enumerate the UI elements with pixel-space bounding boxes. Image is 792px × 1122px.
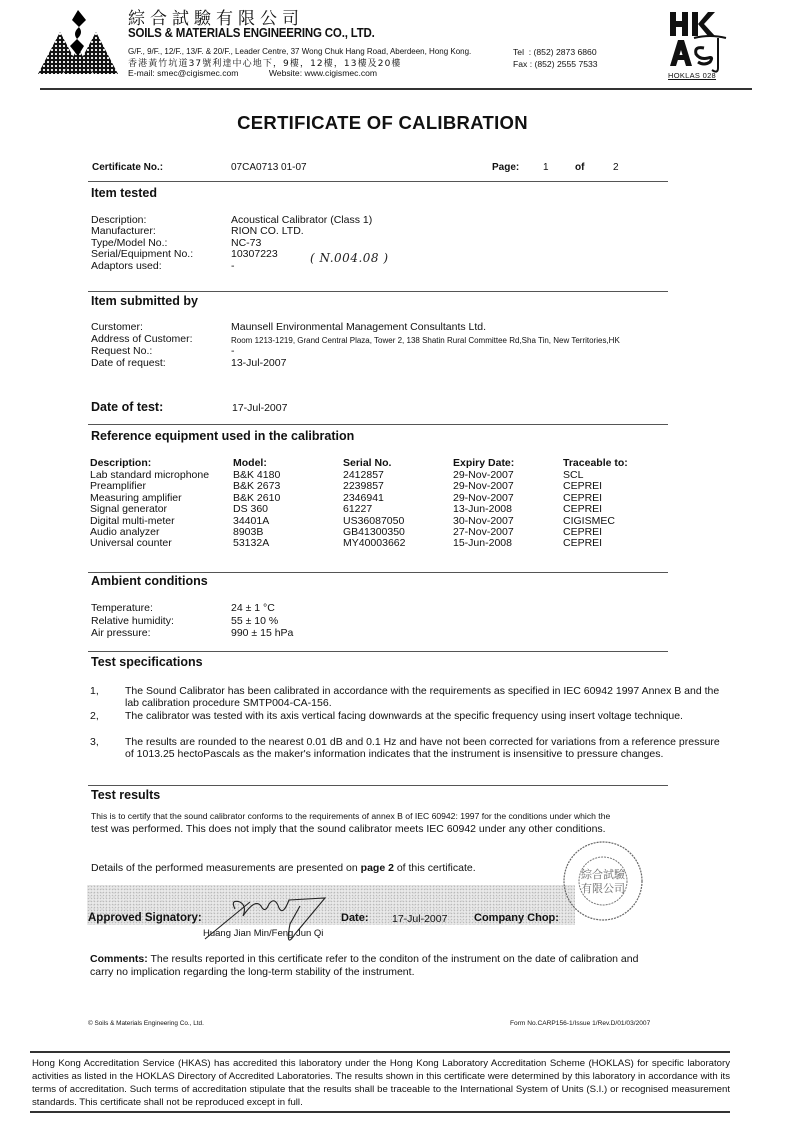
item-tested-heading: Item tested	[91, 186, 157, 200]
test-specifications-heading: Test specifications	[91, 655, 203, 669]
date-of-test-label: Date of test:	[91, 400, 163, 414]
ambient-fields: Temperature:24 ± 1 °C Relative humidity:…	[91, 603, 491, 643]
table-cell: Signal generator	[90, 504, 233, 515]
details-statement: Details of the performed measurements ar…	[91, 862, 476, 874]
comments: Comments: The results reported in this c…	[90, 953, 638, 965]
divider	[88, 572, 668, 573]
table-cell: 53132A	[233, 538, 343, 549]
field-value: -	[231, 346, 235, 357]
field-label: Relative humidity:	[91, 616, 174, 627]
total-pages: 2	[613, 162, 619, 173]
table-row: Universal counter53132AMY4000366215-Jun-…	[90, 538, 663, 549]
hoklas-number: HOKLAS 028	[668, 71, 716, 80]
svg-text:綜合試驗: 綜合試驗	[581, 867, 626, 881]
comments-text-2: carry no implication regarding the long-…	[90, 966, 414, 978]
table-cell: DS 360	[233, 504, 343, 515]
company-contact: E-mail: smec@cigismec.com Website: www.c…	[128, 68, 405, 78]
approval-date: 17-Jul-2007	[392, 913, 447, 925]
footer-divider-bottom	[30, 1111, 730, 1113]
divider	[88, 651, 668, 652]
field-value: 13-Jul-2007	[231, 358, 286, 369]
phone-fax-block: Tel : (852) 2873 6860Fax : (852) 2555 75…	[513, 46, 598, 70]
table-cell: 61227	[343, 504, 453, 515]
item-submitted-fields: Curstomer:Maunsell Environmental Managem…	[91, 322, 691, 372]
spec-number: 1,	[90, 685, 99, 697]
field-label: Address of Customer:	[91, 334, 193, 345]
website-link[interactable]: Website: www.cigismec.com	[269, 68, 377, 78]
date-of-test-value: 17-Jul-2007	[232, 402, 287, 414]
field-label: Request No.:	[91, 346, 152, 357]
table-cell: 13-Jun-2008	[453, 504, 563, 515]
company-stamp-icon: 綜合試驗 有限公司	[562, 840, 644, 922]
signatory-name: Huang Jian Min/Feng Jun Qi	[203, 928, 323, 939]
accreditation-statement: Hong Kong Accreditation Service (HKAS) h…	[32, 1057, 730, 1109]
ambient-heading: Ambient conditions	[91, 574, 208, 588]
table-cell: Universal counter	[90, 538, 233, 549]
comments-label: Comments:	[90, 953, 148, 965]
field-value: 24 ± 1 °C	[231, 603, 275, 614]
test-results-line-1: This is to certify that the sound calibr…	[91, 811, 610, 821]
field-label: Date of request:	[91, 358, 166, 369]
certificate-no-value: 07CA0713 01-07	[231, 162, 307, 173]
divider	[88, 785, 668, 786]
divider	[88, 291, 668, 292]
field-label: Adaptors used:	[91, 261, 162, 272]
field-label: Curstomer:	[91, 322, 143, 333]
test-results-heading: Test results	[91, 788, 160, 802]
date-label: Date:	[341, 912, 369, 924]
table-row: Signal generatorDS 3606122713-Jun-2008CE…	[90, 504, 663, 515]
details-text: of this certificate.	[394, 862, 476, 874]
divider	[88, 181, 668, 182]
table-cell: CEPREI	[563, 504, 663, 515]
page-label: Page:	[492, 162, 519, 173]
spec-number: 2,	[90, 710, 99, 722]
details-text: Details of the performed measurements ar…	[91, 862, 361, 874]
approved-signatory-label: Approved Signatory:	[88, 912, 202, 924]
comments-text: The results reported in this certificate…	[148, 953, 639, 965]
field-value: 990 ± 15 hPa	[231, 628, 293, 639]
copyright: © Soils & Materials Engineering Co., Ltd…	[88, 1020, 204, 1027]
field-label: Temperature:	[91, 603, 153, 614]
spec-text: The Sound Calibrator has been calibrated…	[125, 685, 725, 709]
certificate-no-label: Certificate No.:	[92, 162, 163, 173]
footer-divider	[30, 1051, 730, 1053]
test-results-line-2: test was performed. This does not imply …	[91, 823, 606, 835]
item-tested-fields: Description:Acoustical Calibrator (Class…	[91, 215, 591, 275]
tel-number: Tel : (852) 2873 6860	[513, 46, 598, 58]
company-name-english: SOILS & MATERIALS ENGINEERING CO., LTD.	[128, 26, 375, 40]
company-chop-label: Company Chop:	[474, 912, 559, 924]
form-number: Form No.CARP156-1/Issue 1/Rev.D/01/03/20…	[510, 1020, 650, 1027]
field-value: 55 ± 10 %	[231, 616, 278, 627]
page-number: 1	[543, 162, 549, 173]
item-submitted-heading: Item submitted by	[91, 294, 198, 308]
reference-equipment-table: Description: Model: Serial No. Expiry Da…	[90, 458, 663, 550]
svg-text:有限公司: 有限公司	[581, 882, 625, 895]
table-cell: CEPREI	[563, 538, 663, 549]
email-link[interactable]: E-mail: smec@cigismec.com	[128, 68, 238, 78]
reference-equipment-heading: Reference equipment used in the calibrat…	[91, 429, 354, 443]
field-value: Room 1213-1219, Grand Central Plaza, Tow…	[231, 335, 620, 346]
table-cell: 15-Jun-2008	[453, 538, 563, 549]
field-value: 10307223	[231, 249, 278, 260]
spec-text: The calibrator was tested with its axis …	[125, 710, 745, 722]
company-address-english: G/F., 9/F., 12/F., 13/F. & 20/F., Leader…	[128, 46, 471, 56]
page-of-label: of	[575, 162, 584, 173]
fax-number: Fax : (852) 2555 7533	[513, 58, 598, 70]
header-divider	[40, 88, 752, 90]
field-value: -	[231, 261, 235, 272]
field-label: Air pressure:	[91, 628, 151, 639]
spec-number: 3,	[90, 736, 99, 748]
page-reference: page 2	[361, 862, 394, 874]
table-cell: MY40003662	[343, 538, 453, 549]
spec-text: The results are rounded to the nearest 0…	[125, 736, 725, 760]
company-logo-icon	[38, 8, 118, 76]
field-label: Serial/Equipment No.:	[91, 249, 193, 260]
handwritten-note: ( N.004.08 )	[310, 251, 389, 265]
document-title: CERTIFICATE OF CALIBRATION	[0, 112, 765, 134]
divider	[88, 424, 668, 425]
field-value: Maunsell Environmental Management Consul…	[231, 322, 486, 333]
